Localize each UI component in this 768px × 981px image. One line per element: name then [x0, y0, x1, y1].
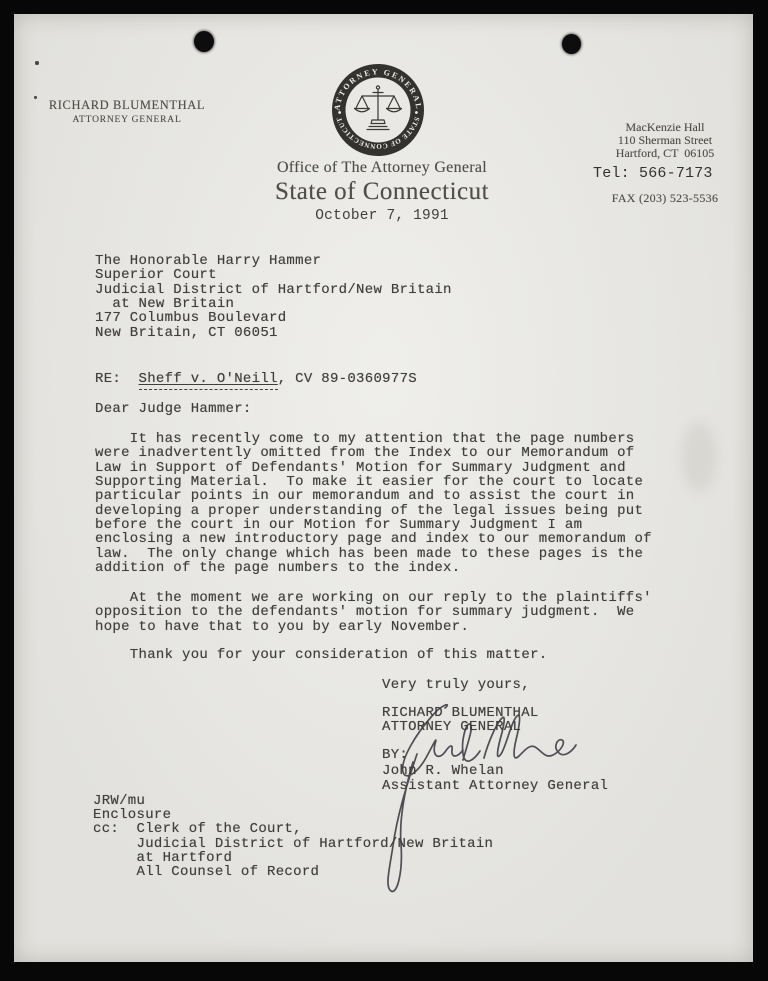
body-paragraph-3: Thank you for your consideration of this…	[95, 648, 547, 662]
official-name-block: RICHARD BLUMENTHAL ATTORNEY GENERAL	[22, 98, 232, 125]
by-title: Assistant Attorney General	[382, 779, 608, 793]
official-name: RICHARD BLUMENTHAL	[22, 98, 232, 113]
punch-hole-right	[562, 34, 581, 54]
salutation: Dear Judge Hammer:	[95, 402, 252, 416]
signer-title: ATTORNEY GENERAL	[382, 719, 521, 735]
date-line: October 7, 1991	[252, 208, 512, 224]
office-line: Office of The Attorney General	[252, 159, 512, 177]
attorney-general-seal: ATTORNEY GENERAL STATE OF CONNECTICUT	[331, 63, 425, 157]
tel-line: Tel: 566-7173	[593, 165, 713, 182]
scan-speck	[35, 61, 39, 65]
scan-smudge	[682, 422, 716, 492]
office-address-block: MacKenzie Hall 110 Sherman Street Hartfo…	[575, 95, 755, 231]
recipient-address: The Honorable Harry Hammer Superior Cour…	[95, 254, 452, 340]
case-name: Sheff v. O'Neill	[139, 371, 278, 390]
office-address-lines: MacKenzie Hall 110 Sherman Street Hartfo…	[575, 121, 755, 160]
letterhead-center: Office of The Attorney General State of …	[252, 159, 512, 224]
signer-block: RICHARD BLUMENTHALATTORNEY GENERAL	[382, 706, 539, 735]
reference-enclosure-cc-block: JRW/mu Enclosure cc: Clerk of the Court,…	[93, 794, 493, 879]
case-number: , CV 89-0360977S	[278, 371, 417, 387]
re-label: RE:	[95, 371, 139, 387]
body-paragraph-2: At the moment we are working on our repl…	[95, 591, 652, 634]
body-paragraph-1: It has recently come to my attention tha…	[95, 432, 652, 575]
by-label: BY:	[382, 748, 408, 762]
by-name: John R. Whelan	[382, 764, 504, 778]
seal-left-dot	[338, 111, 341, 114]
fax-line: FAX (203) 523-5536	[575, 192, 755, 205]
seal-right-dot	[415, 111, 418, 114]
punch-hole-left	[194, 31, 214, 52]
valediction: Very truly yours,	[382, 678, 530, 692]
state-line: State of Connecticut	[252, 178, 512, 206]
official-title: ATTORNEY GENERAL	[22, 115, 232, 125]
re-line: RE: Sheff v. O'Neill, CV 89-0360977S	[95, 372, 417, 386]
scanned-letter-paper: RICHARD BLUMENTHAL ATTORNEY GENERAL ATTO…	[14, 14, 753, 962]
